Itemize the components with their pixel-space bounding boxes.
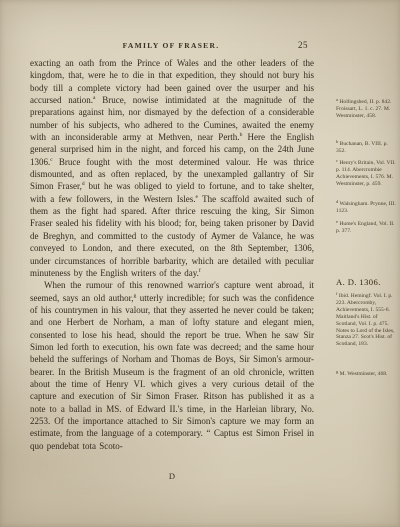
main-text-column: exacting an oath from the Prince of Wale… [30,57,314,452]
paragraph-1: exacting an oath from the Prince of Wale… [30,57,314,279]
margin-note-d: d Walsingham. Prynne, III. 1123. [336,199,396,215]
margin-notes-column: a Hollingshed, II. p. 842. Froissart, L.… [336,0,398,527]
margin-note-text: Buchanan, B. VIII. p. 352. [336,141,388,154]
margin-note-e: e Hume's England, Vol. II. p. 377. [336,219,396,235]
margin-note-text: Henry's Britain, Vol. VII. p. 114. Aberc… [336,160,396,187]
margin-note-b: b Buchanan, B. VIII. p. 352. [336,139,396,155]
running-title: FAMILY OF FRASER. [30,41,312,50]
margin-note-a: a Hollingshed, II. p. 842. Froissart, L.… [336,97,396,120]
margin-note-text: Ibid. Hemingf. Vol. I. p. 223. Abercromb… [336,293,394,347]
margin-note-text: Hume's England, Vol. II. p. 377. [336,221,395,234]
margin-note-g: g M. Westminster, 468. [336,369,396,378]
paragraph-2: When the rumour of this renowned warrior… [30,279,314,452]
footnote-ref-f: f [199,268,201,274]
page-number: 25 [298,40,308,50]
book-page-scan: FAMILY OF FRASER. 25 exacting an oath fr… [0,0,400,527]
margin-note-f: f Ibid. Hemingf. Vol. I. p. 223. Abercro… [336,291,396,348]
margin-date-note: A. D. 1306. [336,277,398,287]
margin-note-c: c Henry's Britain, Vol. VII. p. 114. Abe… [336,158,396,188]
body-text: utterly incredible; for such was the con… [30,293,314,451]
body-text: The scaffold awaited such of them as the… [30,194,314,278]
margin-note-text: Hollingshed, II. p. 842. Froissart, L. 1… [336,99,391,119]
signature-mark: D [30,471,314,481]
page-header: FAMILY OF FRASER. 25 [30,41,312,53]
margin-note-text: Walsingham. Prynne, III. 1123. [336,201,396,214]
margin-note-text: M. Westminster, 468. [338,371,387,377]
